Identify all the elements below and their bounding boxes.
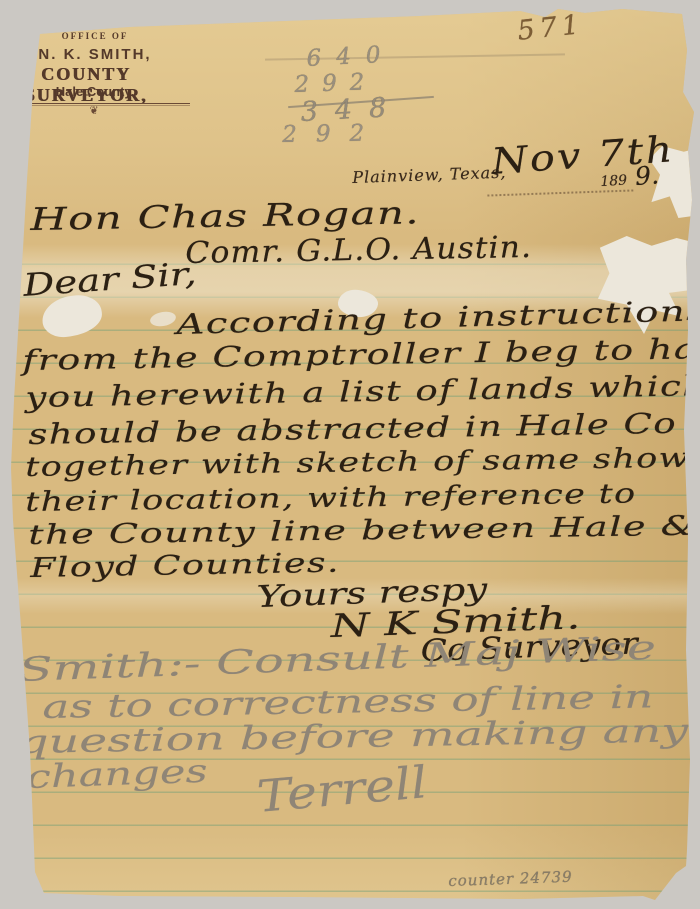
dateline-printed-year: 189 [600,173,628,190]
letterhead-name: N. K. SMITH, [30,46,160,63]
paper-sheet: OFFICE OF N. K. SMITH, COUNTY SURVEYOR, … [0,0,700,909]
dateline-written-year-digit: 9. [634,160,660,191]
dateline-printed-place: Plainview, Texas, [352,163,507,187]
letterhead-county: Hale County. [30,84,160,99]
pencil-note-line: changes [26,752,208,796]
recipient-line: Comr. G.L.O. Austin. [185,230,532,271]
pencil-math-row: 640 [306,41,396,72]
letterhead-office-of: OFFICE OF [60,31,130,41]
pencil-math-row: 292 [282,120,383,148]
scanned-letter-page: OFFICE OF N. K. SMITH, COUNTY SURVEYOR, … [0,0,700,909]
letterhead-ornament-icon: ❦ [74,104,114,117]
recipient-line: Hon Chas Rogan. [30,195,420,238]
archive-number: 571 [516,9,585,47]
